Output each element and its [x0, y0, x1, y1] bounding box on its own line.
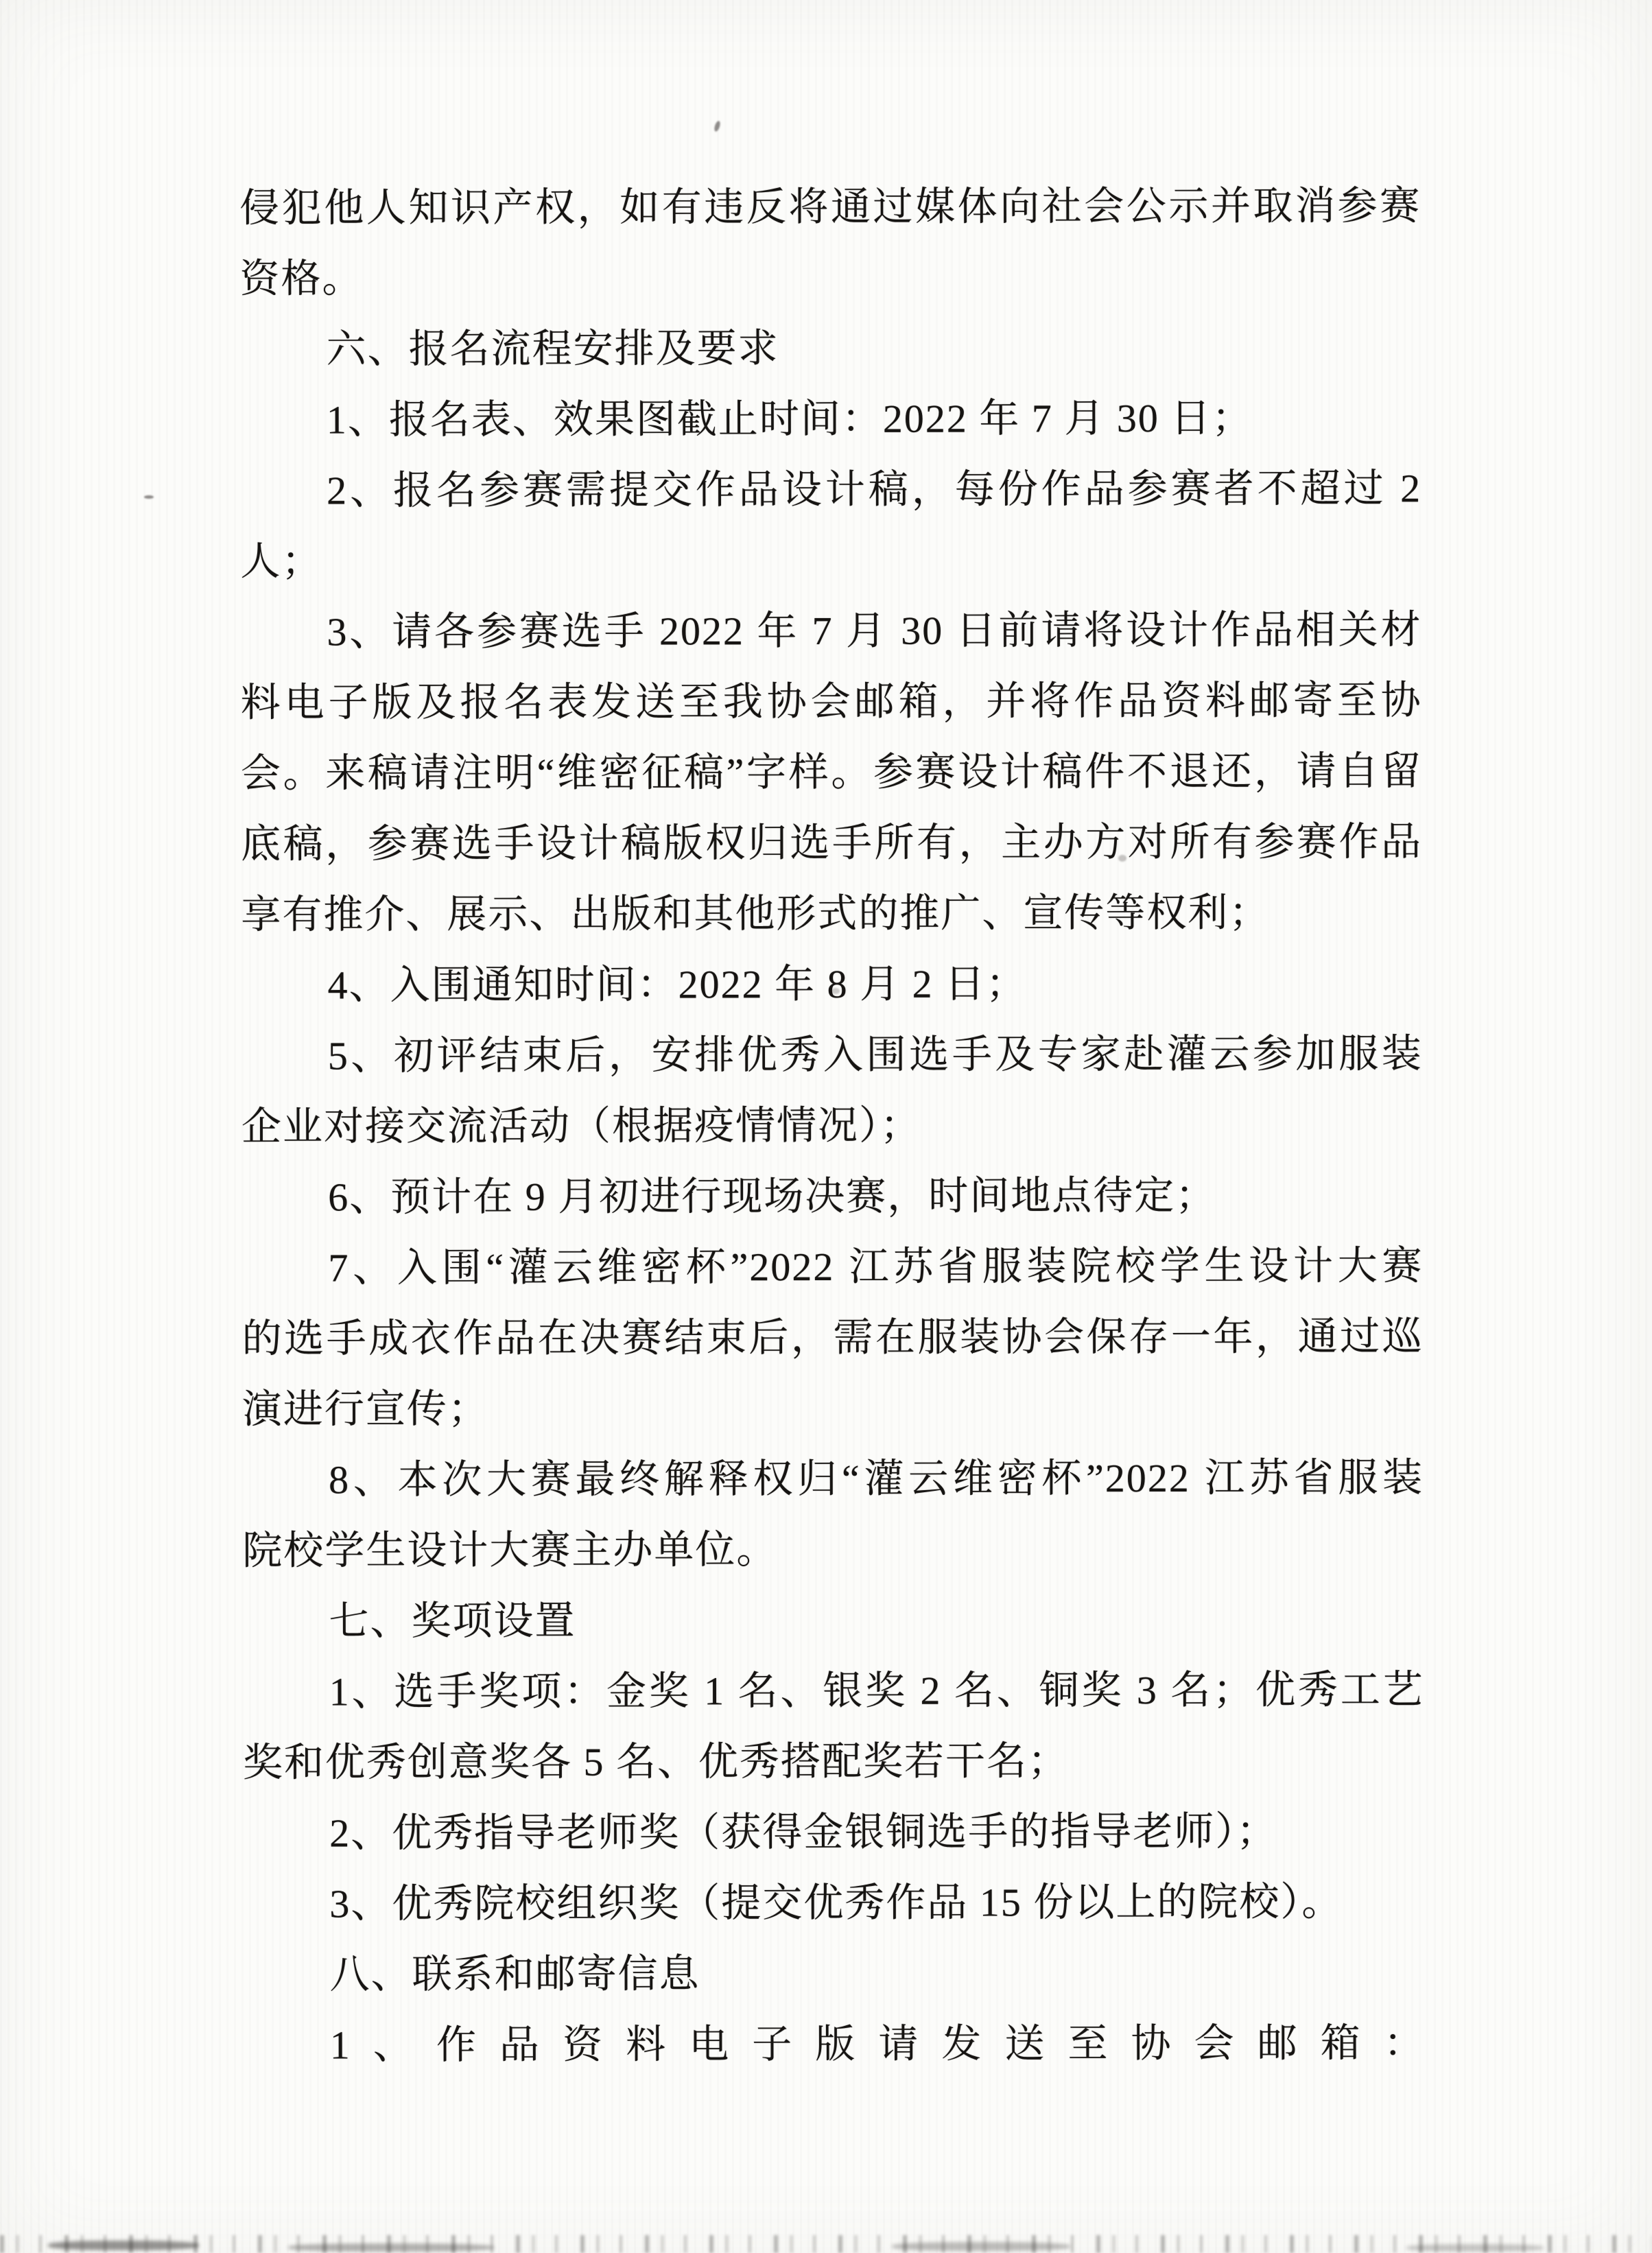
text-line: 八、联系和邮寄信息 — [243, 1937, 1424, 2010]
text-line: 七、奖项设置 — [242, 1583, 1424, 1657]
text-line: 1、选手奖项：金奖 1 名、银奖 2 名、铜奖 3 名；优秀工艺 — [243, 1654, 1424, 1727]
text-line: 2、报名参赛需提交作品设计稿，每份作品参赛者不超过 2 — [240, 453, 1421, 526]
text-line: 3、请各参赛选手 2022 年 7 月 30 日前请将设计作品相关材 — [240, 594, 1421, 668]
text-line: 3、优秀院校组织奖（提交优秀作品 15 份以上的院校）。 — [243, 1866, 1424, 1939]
document-body: 侵犯他人知识产权，如有违反将通过媒体向社会公示并取消参赛资格。六、报名流程安排及… — [239, 170, 1425, 2081]
text-line: 会。来稿请注明“维密征稿”字样。参赛设计稿件不退还，请自留 — [241, 735, 1422, 809]
scanned-document-page: 侵犯他人知识产权，如有违反将通过媒体向社会公示并取消参赛资格。六、报名流程安排及… — [0, 0, 1652, 2253]
text-line: 1、作品资料电子版请发送至协会邮箱：604838849@qq.com； — [244, 2007, 1425, 2081]
scan-speck — [144, 495, 154, 499]
scan-speck — [1118, 855, 1126, 862]
text-line: 7、入围“灌云维密杯”2022 江苏省服装院校学生设计大赛 — [241, 1230, 1423, 1304]
text-line: 2、优秀指导老师奖（获得金银铜选手的指导老师）； — [243, 1795, 1424, 1869]
text-line: 5、初评结束后，安排优秀入围选手及专家赴灌云参加服装 — [241, 1018, 1423, 1092]
text-line: 料电子版及报名表发送至我协会邮箱，并将作品资料邮寄至协 — [241, 665, 1422, 738]
text-line: 侵犯他人知识产权，如有违反将通过媒体向社会公示并取消参赛 — [239, 170, 1421, 244]
text-line: 4、入围通知时间：2022 年 8 月 2 日； — [241, 947, 1422, 1021]
text-line: 院校学生设计大赛主办单位。 — [242, 1513, 1424, 1586]
text-line: 演进行宣传； — [242, 1371, 1424, 1445]
scan-noise-strip — [0, 2235, 1652, 2253]
text-line: 6、预计在 9 月初进行现场决赛，时间地点待定； — [241, 1159, 1423, 1233]
text-line: 底稿，参赛选手设计稿版权归选手所有，主办方对所有参赛作品 — [241, 806, 1422, 880]
text-line: 人； — [240, 523, 1421, 597]
scan-speck — [831, 988, 840, 994]
scan-speck — [713, 120, 722, 132]
text-line: 1、报名表、效果图截止时间：2022 年 7 月 30 日； — [240, 382, 1421, 456]
text-line: 的选手成衣作品在决赛结束后，需在服装协会保存一年，通过巡 — [242, 1301, 1424, 1374]
text-line: 8、本次大赛最终解释权归“灌云维密杯”2022 江苏省服装 — [242, 1442, 1424, 1515]
text-line: 奖和优秀创意奖各 5 名、优秀搭配奖若干名； — [243, 1725, 1424, 1798]
text-line: 企业对接交流活动（根据疫情情况）； — [241, 1089, 1423, 1162]
text-line: 资格。 — [239, 241, 1421, 314]
text-line: 六、报名流程安排及要求 — [240, 311, 1421, 385]
text-line: 享有推介、展示、出版和其他形式的推广、宣传等权利； — [241, 877, 1422, 950]
